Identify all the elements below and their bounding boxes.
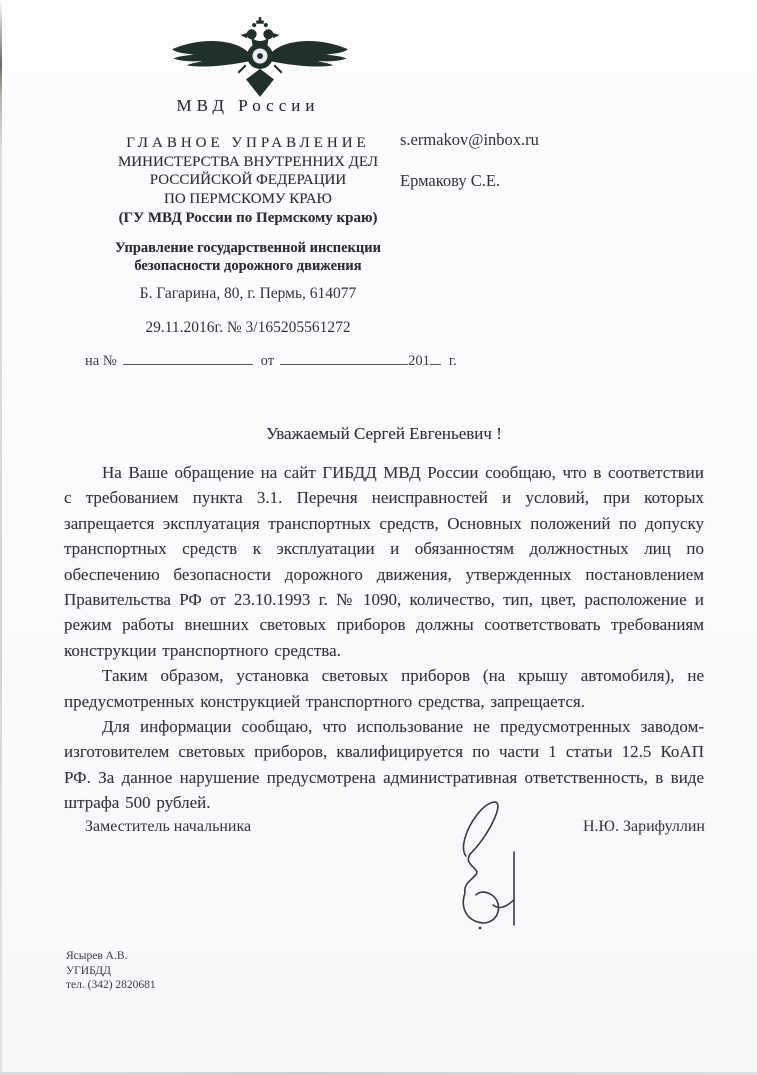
agency-short-name: МВД России — [68, 96, 428, 116]
ref-blank-number — [123, 352, 253, 365]
body-paragraph: На Ваше обращение на сайт ГИБДД МВД Росс… — [64, 460, 704, 663]
ref-year: 201 — [408, 353, 430, 369]
ref-blank-date — [280, 352, 408, 365]
letterhead-department-block: Управление государственной инспекции без… — [68, 240, 428, 275]
addressee-email: s.ermakov@inbox.ru — [400, 130, 539, 150]
ref-blank-year-digit — [430, 352, 441, 365]
addressee-name: Ермакову С.Е. — [400, 171, 500, 191]
ref-prefix: на № — [85, 353, 117, 369]
signer-name: Н.Ю. Зарифуллин — [583, 818, 705, 836]
letterhead-line: ГЛАВНОЕ УПРАВЛЕНИЕ — [68, 134, 428, 153]
letterhead-address: Б. Гагарина, 80, г. Пермь, 614077 — [68, 285, 428, 303]
handwritten-signature-icon — [438, 792, 563, 942]
executor-block: Ясырев А.В. УГИБДД тел. (342) 2820681 — [66, 949, 156, 993]
ref-suffix: г. — [449, 353, 457, 369]
body-paragraph: Для информации сообщаю, что использовани… — [64, 714, 704, 816]
ref-from-label: от — [261, 353, 274, 369]
executor-name: Ясырев А.В. — [66, 949, 156, 964]
salutation-line: Уважаемый Сергей Евгеньевич ! — [64, 424, 704, 444]
scanned-letter-page: МВД России ГЛАВНОЕ УПРАВЛЕНИЕ МИНИСТЕРСТ… — [0, 0, 757, 1075]
executor-phone: тел. (342) 2820681 — [66, 978, 156, 993]
department-line: безопасности дорожного движения — [68, 258, 428, 276]
mvd-eagle-emblem-icon — [168, 14, 352, 98]
letterhead-line: ПО ПЕРМСКОМУ КРАЮ — [68, 190, 428, 209]
outgoing-date-number: 29.11.2016г. № 3/165205561272 — [68, 319, 428, 337]
letterhead-line: МИНИСТЕРСТВА ВНУТРЕННИХ ДЕЛ — [68, 153, 428, 172]
letter-body: На Ваше обращение на сайт ГИБДД МВД Росс… — [64, 460, 704, 816]
letterhead-line: РОССИЙСКОЙ ФЕДЕРАЦИИ — [68, 171, 428, 190]
reference-number-line: на №от201г. — [85, 352, 515, 370]
letterhead-agency-block: ГЛАВНОЕ УПРАВЛЕНИЕ МИНИСТЕРСТВА ВНУТРЕНН… — [68, 134, 428, 228]
scan-left-edge-artifact — [0, 0, 2, 1075]
body-paragraph: Таким образом, установка световых прибор… — [64, 663, 704, 714]
executor-unit: УГИБДД — [66, 964, 156, 979]
signer-position-title: Заместитель начальника — [85, 818, 251, 836]
department-line: Управление государственной инспекции — [68, 240, 428, 258]
letterhead-line: (ГУ МВД России по Пермскому краю) — [68, 209, 428, 228]
